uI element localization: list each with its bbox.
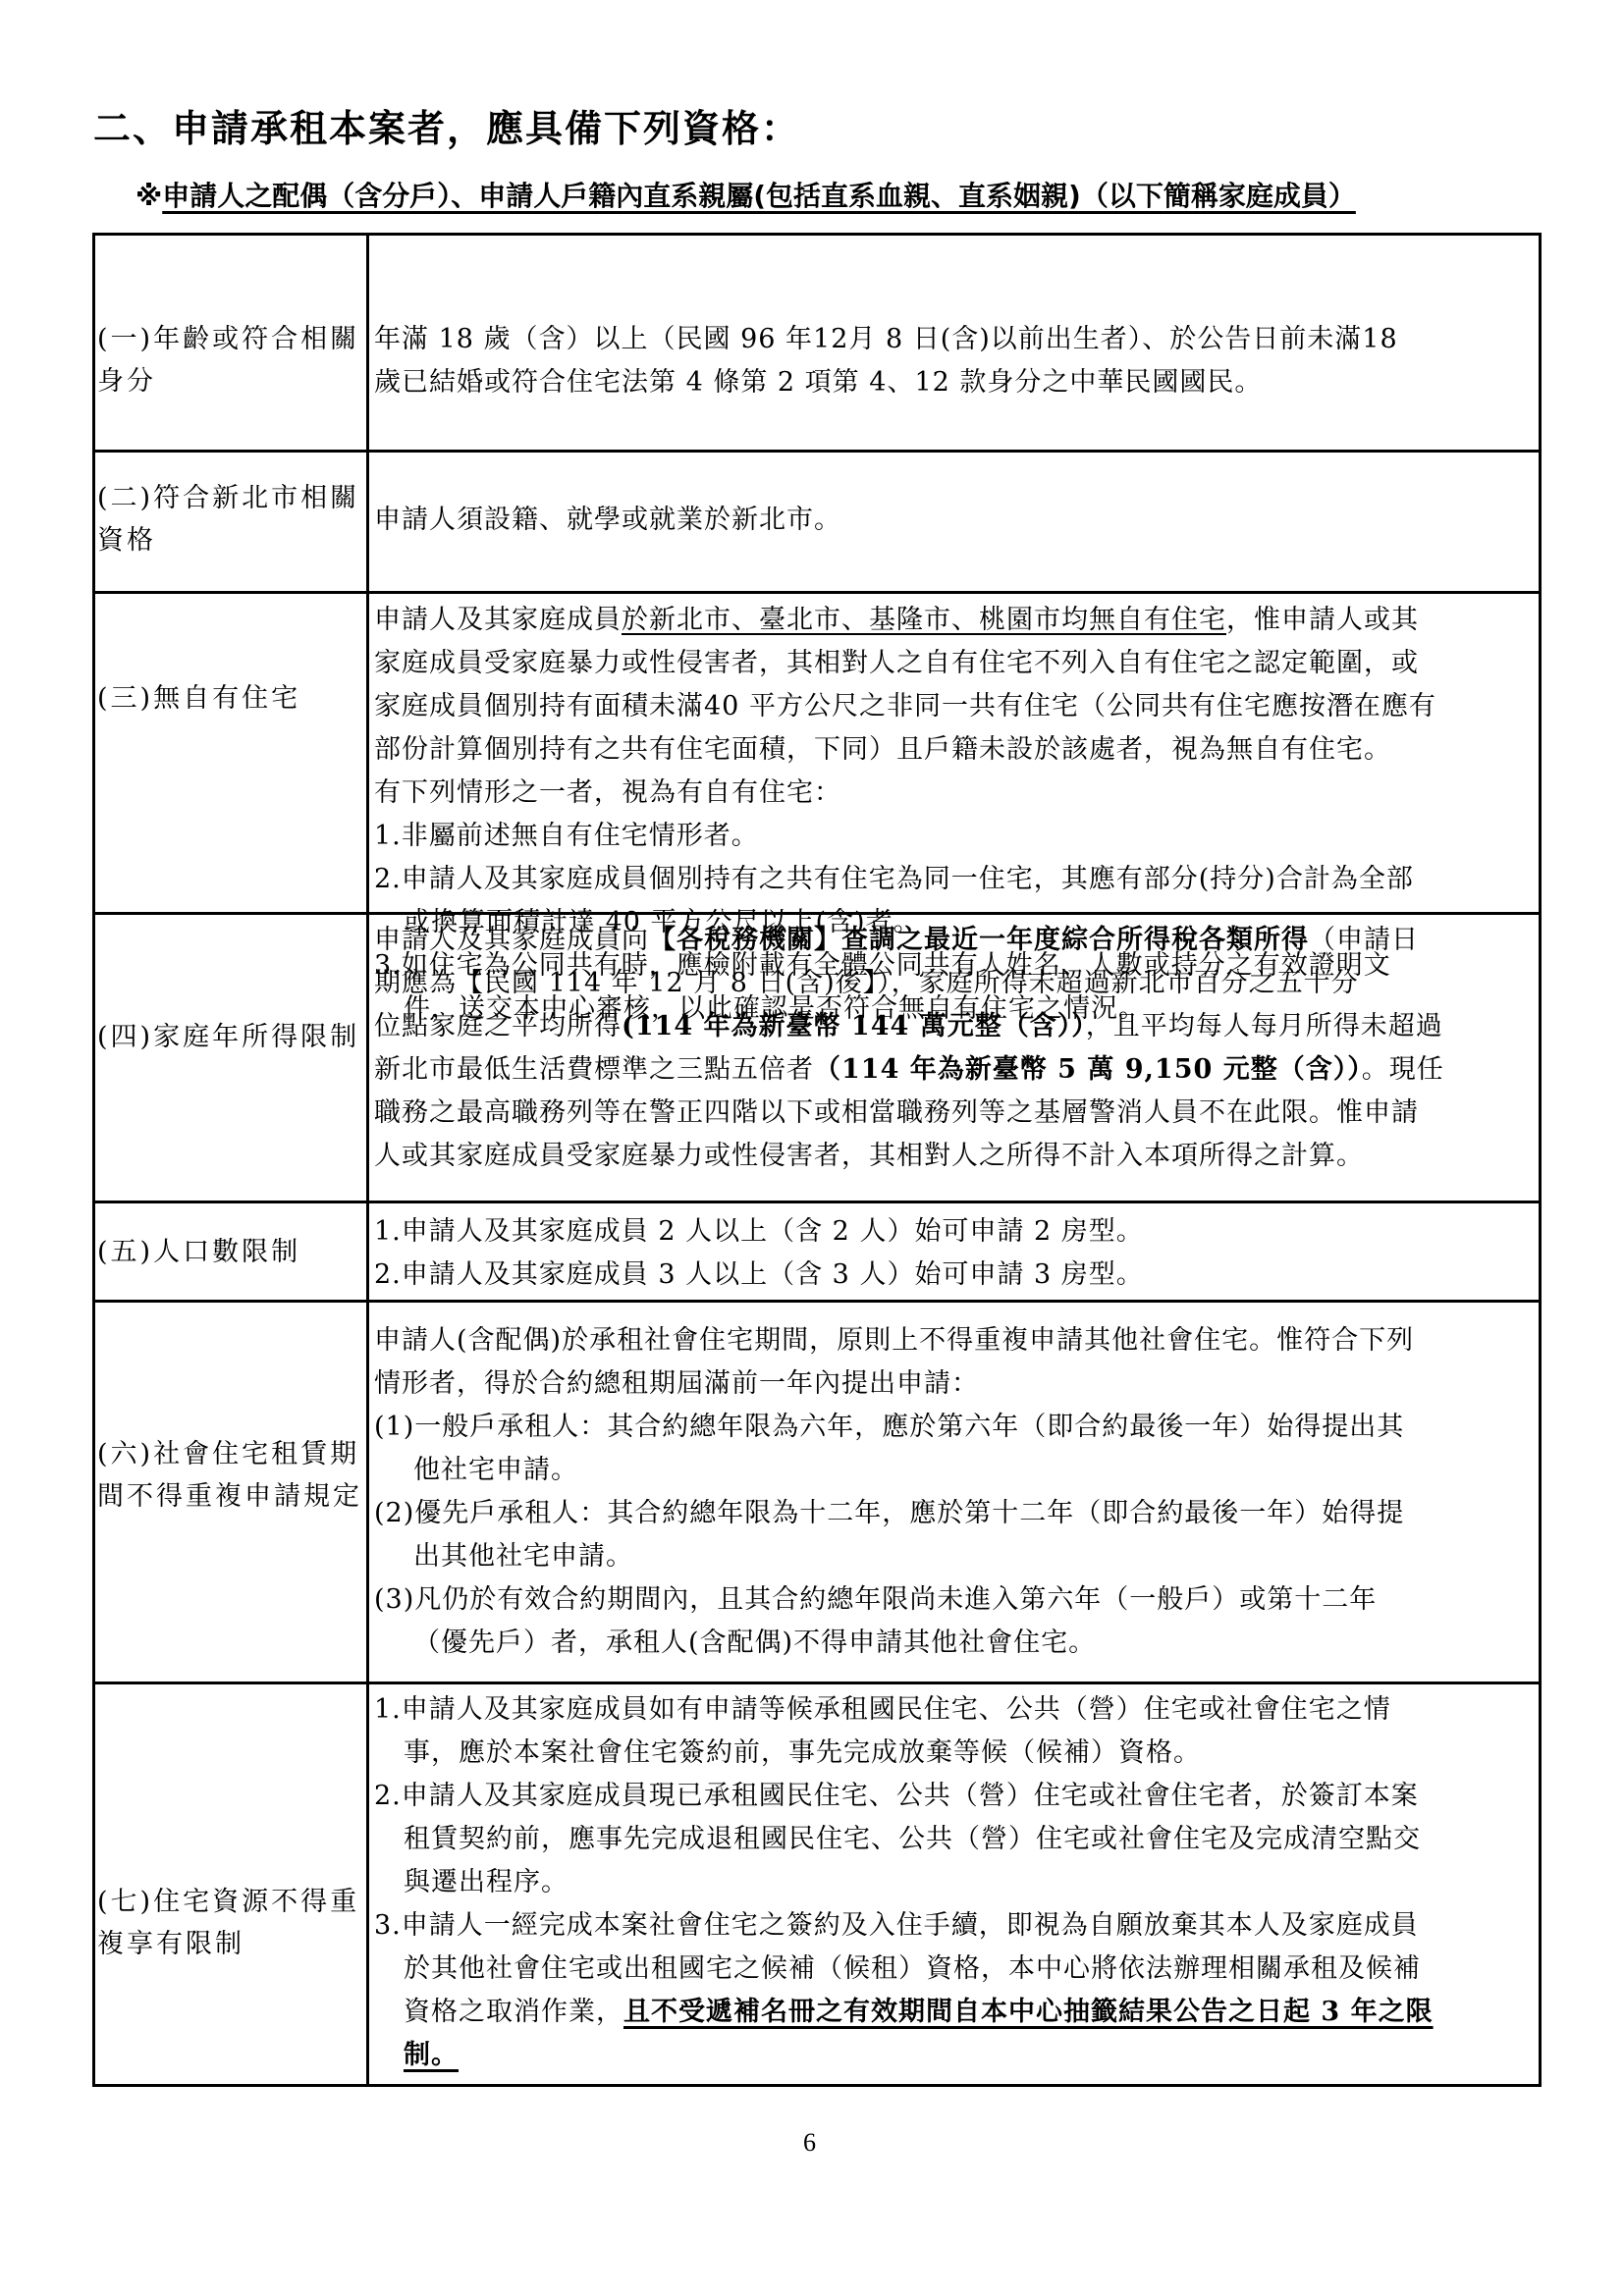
row-separator	[95, 450, 1539, 453]
list-item-continued: 事，應於本案社會住宅簽約前，事先完成放棄等候（候補）資格。	[374, 1732, 1533, 1775]
list-item: 2.申請人及其家庭成員 3 人以上（含 3 人）始可申請 3 房型。	[374, 1254, 1533, 1297]
row-body-income: 申請人及其家庭成員向【各稅務機關】查調之最近一年度綜合所得稅各類所得（申請日 期…	[374, 919, 1533, 1178]
row-label-income: (四)家庭年所得限制	[97, 1016, 364, 1058]
text-line: 家庭成員個別持有面積未滿40 平方公尺之非同一共有住宅（公同共有住宅應按潛在應有	[374, 685, 1533, 728]
list-item-continued: 於其他社會住宅或出租國宅之候補（候租）資格，本中心將依法辦理相關承租及候補	[374, 1948, 1533, 1991]
list-item: 1.申請人及其家庭成員如有申請等候承租國民住宅、公共（營）住宅或社會住宅之情	[374, 1688, 1533, 1732]
list-item: 1.申請人及其家庭成員 2 人以上（含 2 人）始可申請 2 房型。	[374, 1210, 1533, 1254]
row-label-no-duplicate-application: (六)社會住宅租賃期間不得重複申請規定	[97, 1433, 364, 1518]
row-separator	[95, 1682, 1539, 1684]
row-body-household-size: 1.申請人及其家庭成員 2 人以上（含 2 人）始可申請 2 房型。 2.申請人…	[374, 1210, 1533, 1297]
text-line: 期應為【民國 114 年 12 月 8 日(含)後】），家庭所得未超過新北市百分…	[374, 962, 1533, 1005]
underlined-city-list: 於新北市、臺北市、基隆市、桃園市均無自有住宅	[622, 605, 1226, 635]
list-item: 2.申請人及其家庭成員個別持有之共有住宅為同一住宅，其應有部分(持分)合計為全部	[374, 858, 1533, 901]
column-divider	[366, 236, 369, 2084]
list-item-continued: 制。	[374, 2034, 1533, 2077]
text-line: 申請人及其家庭成員於新北市、臺北市、基隆市、桃園市均無自有住宅，惟申請人或其	[374, 599, 1533, 642]
row-separator	[95, 591, 1539, 594]
row-body-age: 年滿 18 歲（含）以上（民國 96 年12月 8 日(含)以前出生者）、於公告…	[374, 318, 1533, 404]
text-line: 情形者，得於合約總租期屆滿前一年內提出申請：	[374, 1362, 1533, 1406]
waitlist-exemption-emphasis: 且不受遞補名冊之有效期間自本中心抽籤結果公告之日起 3 年之限	[623, 1997, 1434, 2027]
row-label-household-size: (五)人口數限制	[97, 1231, 364, 1273]
list-item-continued: 出其他社宅申請。	[374, 1535, 1533, 1578]
text-line: 有下列情形之一者，視為有自有住宅：	[374, 772, 1533, 815]
list-item-continued: 與遷出程序。	[374, 1861, 1533, 1904]
list-item: (2)優先戶承租人：其合約總年限為十二年，應於第十二年（即合約最後一年）始得提	[374, 1492, 1533, 1535]
text-line: 人或其家庭成員受家庭暴力或性侵害者，其相對人之所得不計入本項所得之計算。	[374, 1135, 1533, 1178]
household-income-limit: (114 年為新臺幣 144 萬元整（含））	[622, 1011, 1086, 1041]
row-body-housing-resources: 1.申請人及其家庭成員如有申請等候承租國民住宅、公共（營）住宅或社會住宅之情 事…	[374, 1688, 1533, 2077]
text-line: 部份計算個別持有之共有住宅面積，下同）且戶籍未設於該處者，視為無自有住宅。	[374, 728, 1533, 772]
family-member-note: ※申請人之配偶（含分戶）、申請人戶籍內直系親屬(包括直系血親、直系姻親)（以下簡…	[135, 175, 1500, 214]
row-label-housing-resources: (七)住宅資源不得重複享有限制	[97, 1881, 364, 1965]
list-item-continued: 他社宅申請。	[374, 1449, 1533, 1492]
row-label-no-house: (三)無自有住宅	[97, 677, 364, 720]
row-separator	[95, 1201, 1539, 1203]
row-label-new-taipei: (二)符合新北市相關資格	[97, 477, 364, 561]
text-line: 位點家庭之平均所得(114 年為新臺幣 144 萬元整（含）），且平均每人每月所…	[374, 1005, 1533, 1048]
list-item-continued: 資格之取消作業，且不受遞補名冊之有效期間自本中心抽籤結果公告之日起 3 年之限	[374, 1991, 1533, 2034]
monthly-income-limit: （114 年為新臺幣 5 萬 9,150 元整（含））	[814, 1054, 1362, 1085]
text-line: 申請人及其家庭成員向【各稅務機關】查調之最近一年度綜合所得稅各類所得（申請日	[374, 919, 1533, 962]
list-item: (1)一般戶承租人：其合約總年限為六年，應於第六年（即合約最後一年）始得提出其	[374, 1406, 1533, 1449]
text-line: 歲已結婚或符合住宅法第 4 條第 2 項第 4、12 款身分之中華民國國民。	[374, 361, 1533, 404]
list-item: (3)凡仍於有效合約期間內，且其合約總年限尚未進入第六年（一般戶）或第十二年	[374, 1578, 1533, 1622]
waitlist-exemption-emphasis-end: 制。	[404, 2040, 459, 2070]
list-item: 3.申請人一經完成本案社會住宅之簽約及入住手續，即視為自願放棄其本人及家庭成員	[374, 1904, 1533, 1948]
page-number: 6	[803, 2128, 816, 2158]
tax-agency-emphasis: 【各稅務機關】查調之最近一年度綜合所得稅各類所得	[649, 925, 1309, 955]
text-line: 年滿 18 歲（含）以上（民國 96 年12月 8 日(含)以前出生者）、於公告…	[374, 318, 1533, 361]
eligibility-table: (一)年齡或符合相關身分 年滿 18 歲（含）以上（民國 96 年12月 8 日…	[92, 233, 1542, 2087]
row-body-no-duplicate-application: 申請人(含配偶)於承租社會住宅期間，原則上不得重複申請其他社會住宅。惟符合下列 …	[374, 1319, 1533, 1665]
section-title: 二、申請承租本案者，應具備下列資格：	[93, 98, 800, 152]
list-item: 1.非屬前述無自有住宅情形者。	[374, 815, 1533, 858]
text-line: 家庭成員受家庭暴力或性侵害者，其相對人之自有住宅不列入自有住宅之認定範圍，或	[374, 642, 1533, 685]
list-item: 2.申請人及其家庭成員現已承租國民住宅、公共（營）住宅或社會住宅者，於簽訂本案	[374, 1775, 1533, 1818]
text-line: 申請人(含配偶)於承租社會住宅期間，原則上不得重複申請其他社會住宅。惟符合下列	[374, 1319, 1533, 1362]
text-line: 職務之最高職務列等在警正四階以下或相當職務列等之基層警消人員不在此限。惟申請	[374, 1092, 1533, 1135]
note-text: 申請人之配偶（含分戶）、申請人戶籍內直系親屬(包括直系血親、直系姻親)（以下簡稱…	[162, 180, 1356, 212]
list-item-continued: 租賃契約前，應事先完成退租國民住宅、公共（營）住宅或社會住宅及完成清空點交	[374, 1818, 1533, 1861]
note-marker: ※	[135, 180, 162, 212]
text-line: 新北市最低生活費標準之三點五倍者（114 年為新臺幣 5 萬 9,150 元整（…	[374, 1048, 1533, 1092]
row-separator	[95, 1300, 1539, 1303]
row-body-new-taipei: 申請人須設籍、就學或就業於新北市。	[374, 499, 1533, 542]
text-line: 申請人須設籍、就學或就業於新北市。	[374, 499, 1533, 542]
row-label-age: (一)年齡或符合相關身分	[97, 318, 364, 402]
list-item-continued: （優先戶）者，承租人(含配偶)不得申請其他社會住宅。	[374, 1622, 1533, 1665]
